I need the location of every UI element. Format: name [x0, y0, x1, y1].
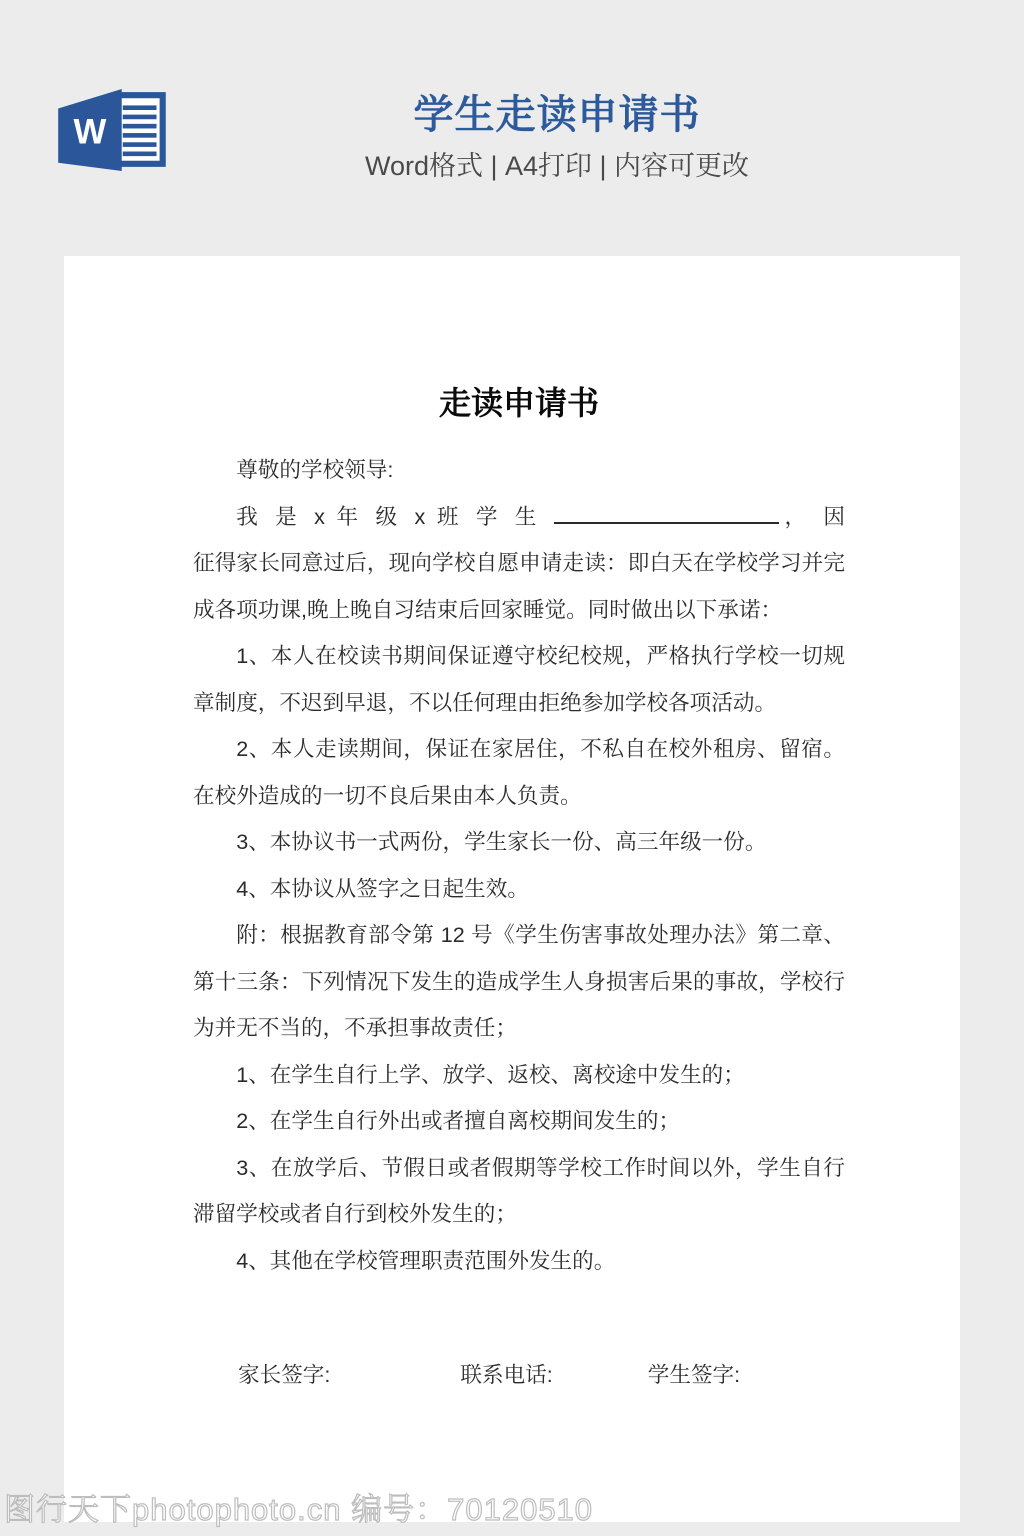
document-page: 走读申请书 尊敬的学校领导: 我 是 x 年 级 x 班 学 生 ， 因 征得家… [64, 256, 960, 1522]
site-watermark: 图行天下photophoto.cn 编号：70120510 [4, 1484, 593, 1529]
header: W 学生走读申请书 Word格式 | A4打印 | 内容可更改 [0, 0, 1024, 256]
student-line-suffix: 因 [823, 504, 845, 529]
signature-row: 家长签字:联系电话:学生签字: [193, 1352, 845, 1399]
clause-item-1: 1、在学生自行上学、放学、返校、离校途中发生的； [193, 1052, 845, 1099]
commitment-item-1: 1、本人在校读书期间保证遵守校纪校规，严格执行学校一切规章制度，不迟到早退，不以… [193, 633, 845, 726]
student-line-prefix: 我 是 x 年 级 x 班 学 生 [236, 504, 542, 529]
attachment-note: 附：根据教育部令第 12 号《学生伤害事故处理办法》第二章、第十三条：下列情况下… [193, 912, 845, 1052]
parent-signature-label: 家长签字: [238, 1362, 330, 1387]
student-info-line: 我 是 x 年 级 x 班 学 生 ， 因 [193, 494, 845, 541]
commitment-item-4: 4、本协议从签字之日起生效。 [193, 866, 845, 913]
template-title: 学生走读申请书 [90, 92, 1024, 138]
clause-item-3: 3、在放学后、节假日或者假期等学校工作时间以外，学生自行滞留学校或者自行到校外发… [193, 1145, 845, 1238]
template-preview-page: W 学生走读申请书 Word格式 | A4打印 | 内容可更改 走读申请书 尊敬… [0, 0, 1024, 1536]
student-line-comma: ， [779, 504, 812, 529]
document-title: 走读申请书 [193, 383, 845, 423]
name-blank-line [554, 500, 779, 524]
student-signature-label: 学生签字: [648, 1362, 740, 1387]
paragraph-continuation: 征得家长同意过后，现向学校自愿申请走读：即白天在学校学习并完成各项功课,晚上晚自… [193, 540, 845, 633]
commitment-item-2: 2、本人走读期间，保证在家居住，不私自在校外租房、留宿。在校外造成的一切不良后果… [193, 726, 845, 819]
header-text: 学生走读申请书 Word格式 | A4打印 | 内容可更改 [0, 92, 1024, 182]
document-content: 走读申请书 尊敬的学校领导: 我 是 x 年 级 x 班 学 生 ， 因 征得家… [64, 256, 960, 1522]
commitment-item-3: 3、本协议书一式两份，学生家长一份、高三年级一份。 [193, 819, 845, 866]
phone-label: 联系电话: [460, 1362, 552, 1387]
clause-item-4: 4、其他在学校管理职责范围外发生的。 [193, 1238, 845, 1285]
greeting-line: 尊敬的学校领导: [193, 447, 845, 494]
clause-item-2: 2、在学生自行外出或者擅自离校期间发生的； [193, 1098, 845, 1145]
template-subtitle: Word格式 | A4打印 | 内容可更改 [90, 150, 1024, 182]
